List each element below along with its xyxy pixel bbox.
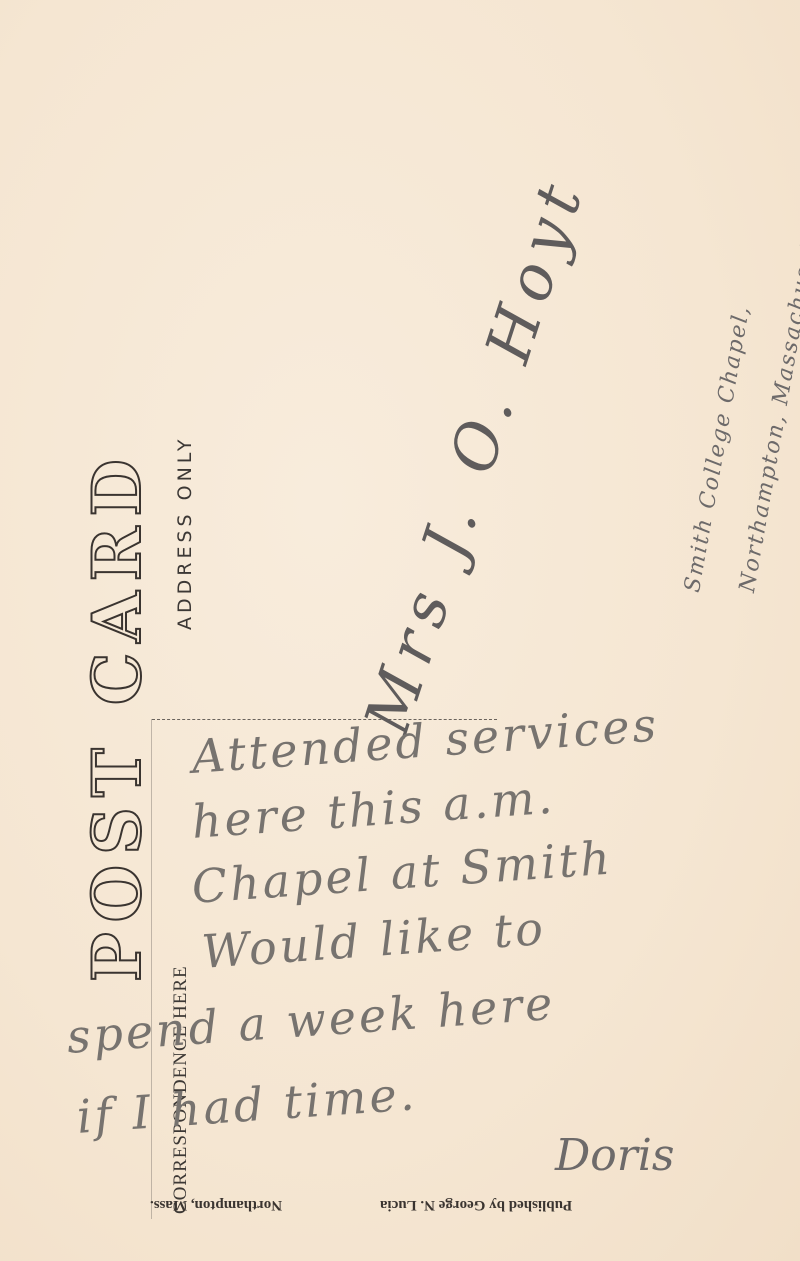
- divider-line-vertical: [151, 719, 152, 1219]
- publisher-location: Northampton, Mass.: [150, 1196, 282, 1213]
- postcard-title: POST CARD: [78, 449, 156, 982]
- message-line: here this a.m.: [190, 770, 557, 849]
- message-line: if I had time.: [75, 1066, 419, 1144]
- addressee-name: Mrs J. O. Hoyt: [350, 166, 599, 742]
- caption-line-2: Northampton, Massachusetts: [735, 214, 800, 594]
- address-only-label: ADDRESS ONLY: [174, 436, 196, 630]
- postcard-back: POST CARD ADDRESS ONLY CORRESPONDENCE HE…: [0, 0, 800, 1261]
- message-line: Would like to: [200, 901, 548, 979]
- signature: Doris: [555, 1130, 674, 1181]
- message-line: spend a week here: [65, 976, 557, 1064]
- publisher-text: Published by George N. Lucia: [380, 1196, 572, 1213]
